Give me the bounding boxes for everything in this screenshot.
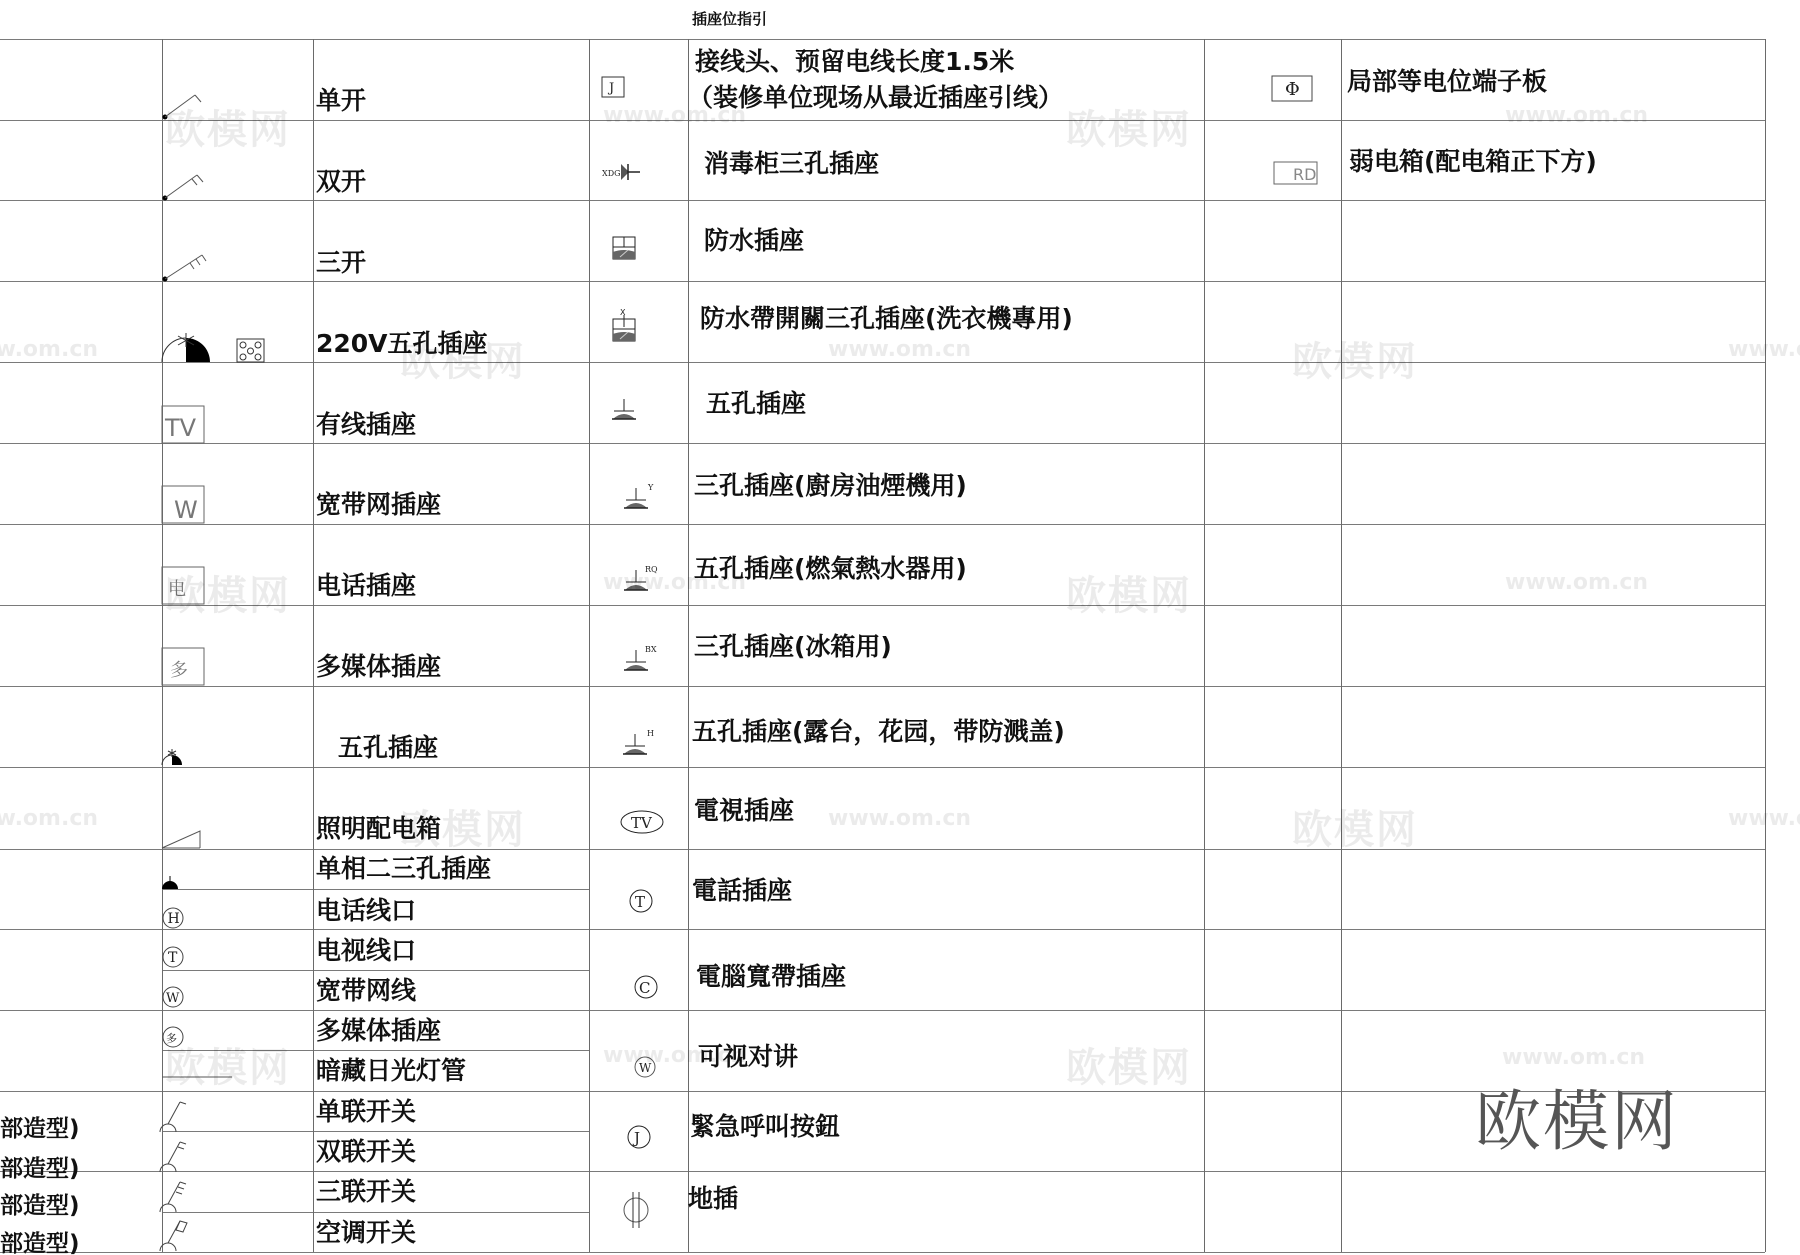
- cut-text: 部造型): [0, 1187, 80, 1220]
- cut-text: 部造型): [0, 1150, 80, 1183]
- watermark-url: www.om.cn: [1505, 570, 1648, 595]
- legend-label: 可视对讲: [698, 1043, 798, 1072]
- svg-text:C: C: [639, 979, 650, 997]
- watermark-url: www.om.cn: [1728, 806, 1800, 831]
- svg-text:T: T: [635, 893, 645, 911]
- legend-label: 防水帶開關三孔插座(洗衣機專用): [700, 305, 1073, 334]
- legend-label: 五孔插座(露台，花园，带防溅盖): [692, 718, 1065, 747]
- legend-label: 宽带网插座: [316, 491, 441, 520]
- circle-duo-icon: 多: [162, 1026, 186, 1050]
- legend-label: 单开: [316, 87, 366, 116]
- legend-label: 三孔插座(冰箱用): [694, 633, 892, 662]
- svg-text:XDG: XDG: [602, 169, 621, 178]
- legend-label: 電話插座: [692, 877, 792, 906]
- switch-triple-icon: [162, 247, 212, 282]
- legend-label: 三开: [316, 249, 366, 278]
- switch-one-gang-icon: [158, 1100, 198, 1135]
- circle-t-icon: T: [162, 946, 186, 970]
- legend-label: 電腦寬帶插座: [696, 963, 846, 992]
- phone-box-icon: 电: [162, 567, 212, 605]
- legend-label: 多媒体插座: [316, 1017, 441, 1046]
- legend-label: 电话插座: [316, 572, 416, 601]
- watermark-logo: 欧模网: [1066, 564, 1192, 621]
- legend-label: 防水插座: [704, 227, 804, 256]
- watermark-url: www.om.cn: [828, 806, 971, 831]
- legend-label: 有线插座: [316, 411, 416, 440]
- watermark-url: www.om.cn: [1728, 337, 1800, 362]
- svg-text:X: X: [620, 308, 626, 317]
- legend-label: 照明配电箱: [316, 815, 441, 844]
- legend-label: 電視插座: [694, 797, 794, 826]
- watermark-url: www.om.cn: [0, 806, 98, 831]
- legend-label: 消毒柜三孔插座: [704, 150, 879, 179]
- svg-text:BX: BX: [645, 645, 657, 654]
- watermark-logo: 欧模网: [1292, 798, 1418, 855]
- legend-label: 三联开关: [316, 1178, 416, 1207]
- switch-single-icon: [162, 85, 212, 120]
- waterproof-switched-socket-icon: X: [612, 308, 638, 344]
- disinfection-socket-icon: XDG: [602, 162, 650, 182]
- svg-text:W: W: [174, 496, 198, 524]
- watermark-url: www.om.cn: [828, 337, 971, 362]
- svg-text:J: J: [607, 81, 614, 96]
- watermark-logo: 欧模网: [1066, 1036, 1192, 1093]
- svg-text:T: T: [168, 950, 178, 966]
- legend-label: 电视线口: [316, 937, 416, 966]
- lighting-panel-icon: [162, 829, 202, 849]
- svg-text:W: W: [166, 991, 180, 1006]
- svg-text:Y: Y: [647, 483, 654, 492]
- legend-label: 局部等电位端子板: [1347, 68, 1547, 97]
- tv-box-icon: TV: [162, 406, 212, 444]
- page-title: 插座位指引: [692, 8, 767, 29]
- svg-text:多: 多: [170, 660, 188, 681]
- watermark-logo: 欧模网: [1066, 98, 1192, 155]
- svg-text:TV: TV: [164, 414, 197, 442]
- ac-switch-icon: [158, 1219, 198, 1254]
- legend-label: 双开: [316, 168, 366, 197]
- socket-y-icon: Y: [624, 482, 660, 510]
- watermark-logo: 欧模网: [1292, 330, 1418, 387]
- legend-label: 宽带网线: [316, 977, 416, 1006]
- legend-label: 220V五孔插座: [316, 330, 488, 359]
- socket-rq-icon: RQ: [624, 564, 664, 592]
- legend-label: 三孔插座(廚房油煙機用): [694, 472, 967, 501]
- legend-label: 五孔插座(燃氣熱水器用): [694, 555, 967, 584]
- brand-logo: 欧模网: [1475, 1068, 1679, 1163]
- legend-label: 接线头、预留电线长度1.5米: [695, 48, 1014, 77]
- legend-label: 緊急呼叫按鈕: [690, 1113, 840, 1142]
- legend-label: 空调开关: [316, 1219, 416, 1248]
- legend-label: 弱电箱(配电箱正下方): [1349, 148, 1597, 177]
- single-phase-socket-icon: [162, 876, 182, 890]
- legend-label: 单联开关: [316, 1098, 416, 1127]
- five-hole-socket-icon: [612, 399, 638, 421]
- intercom-circle-icon: W: [634, 1056, 658, 1080]
- legend-label: 电话线口: [316, 897, 416, 926]
- svg-text:H: H: [168, 911, 180, 927]
- watermark-url: www.om.cn: [1502, 1045, 1645, 1070]
- circle-h-icon: H: [162, 907, 186, 931]
- svg-text:H: H: [647, 729, 654, 738]
- five-hole-socket-220v-icon: [162, 333, 282, 363]
- svg-text:J: J: [632, 1129, 640, 1147]
- switch-two-gang-icon: [158, 1140, 198, 1175]
- legend-label: 双联开关: [316, 1138, 416, 1167]
- broadband-box-icon: W: [162, 486, 212, 524]
- legend-label: 暗藏日光灯管: [316, 1057, 466, 1086]
- svg-text:RQ: RQ: [645, 565, 658, 574]
- emergency-call-icon: J: [627, 1125, 653, 1151]
- legend-label: 多媒体插座: [316, 653, 441, 682]
- legend-label: 五孔插座: [338, 734, 438, 763]
- svg-text:W: W: [639, 1061, 652, 1075]
- legend-label: 五孔插座: [706, 390, 806, 419]
- switch-three-gang-icon: [158, 1180, 198, 1215]
- switch-double-icon: [162, 166, 212, 201]
- computer-circle-icon: C: [634, 975, 660, 1001]
- legend-label: （装修单位现场从最近插座引线）: [688, 84, 1063, 113]
- watermark-url: www.om.cn: [1505, 103, 1648, 128]
- legend-label: 单相二三孔插座: [316, 855, 491, 884]
- socket-h-icon: H: [623, 728, 659, 756]
- multimedia-box-icon: 多: [162, 648, 212, 686]
- svg-text:RD: RD: [1293, 165, 1316, 184]
- legend-label: 地插: [688, 1185, 738, 1214]
- cut-text: 部造型): [0, 1225, 80, 1255]
- watermark-url: www.om.cn: [0, 337, 98, 362]
- waterproof-socket-icon: [612, 236, 638, 262]
- junction-box-icon: J: [601, 76, 627, 100]
- equipotential-box-icon: Φ: [1271, 75, 1317, 105]
- weak-current-box-icon: RD: [1273, 161, 1321, 187]
- cut-text: 部造型): [0, 1110, 80, 1143]
- svg-text:电: 电: [168, 579, 186, 600]
- svg-text:多: 多: [166, 1032, 177, 1045]
- tv-ellipse-icon: TV: [620, 810, 666, 836]
- svg-text:Φ: Φ: [1285, 79, 1300, 100]
- hidden-fluorescent-icon: [162, 1075, 237, 1079]
- socket-bx-icon: BX: [624, 644, 664, 672]
- five-hole-socket-icon: [162, 744, 192, 766]
- floor-socket-icon: [623, 1190, 651, 1230]
- circle-w-icon: W: [162, 986, 186, 1010]
- svg-text:TV: TV: [631, 814, 653, 832]
- telephone-circle-icon: T: [629, 889, 655, 915]
